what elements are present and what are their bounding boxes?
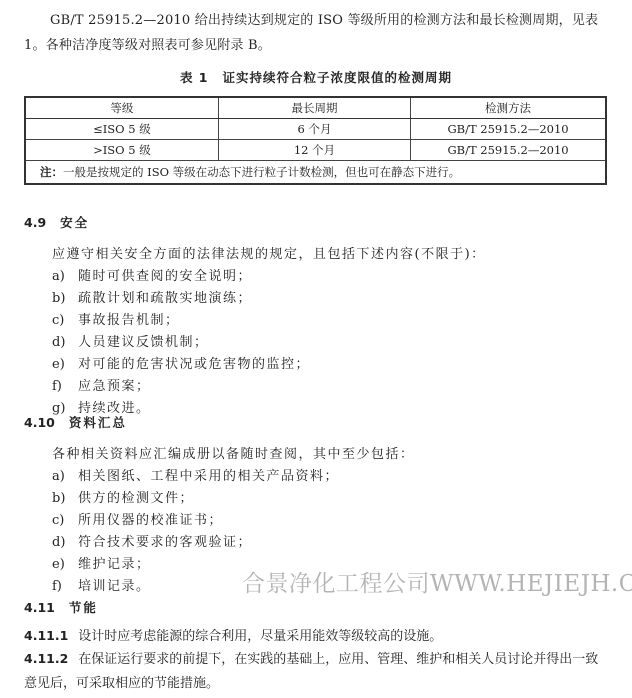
list-item: e)对可能的危害状况或危害物的监控； xyxy=(52,353,310,372)
section-title: 安全 xyxy=(60,215,89,230)
watermark: 合景净化工程公司WWW.HEJIEJH.COM xyxy=(242,565,632,598)
table-note: 注：一般是按规定的 ISO 等级在动态下进行粒子计数检测，但也可在静态下进行。 xyxy=(25,161,606,185)
list-item: c)事故报告机制； xyxy=(52,309,180,328)
table-header-test-method: 检测方法 xyxy=(411,97,606,119)
table-header-grade: 等级 xyxy=(25,97,218,119)
list-item: b)疏散计划和疏散实地演练； xyxy=(52,287,252,306)
table-row: >ISO 5 级 12 个月 GB/T 25915.2—2010 xyxy=(25,140,606,161)
section-title: 节能 xyxy=(69,600,98,615)
section-number: 4.10 xyxy=(24,415,55,430)
list-item: e)维护记录； xyxy=(52,553,151,572)
list-item: f)应急预案； xyxy=(52,375,151,394)
table-note-label: 注： xyxy=(40,165,63,179)
list-item: a)随时可供查阅的安全说明； xyxy=(52,265,252,284)
table-note-row: 注：一般是按规定的 ISO 等级在动态下进行粒子计数检测，但也可在静态下进行。 xyxy=(25,161,606,185)
list-item: f)培训记录。 xyxy=(52,575,151,594)
section-heading-4-11: 4.11节能 xyxy=(24,598,98,616)
inspection-period-table: 等级 最长周期 检测方法 ≤ISO 5 级 6 个月 GB/T 25915.2—… xyxy=(24,96,607,185)
table-cell-period: 6 个月 xyxy=(218,119,410,140)
list-item: d)人员建议反馈机制； xyxy=(52,331,209,350)
list-item: c)所用仪器的校准证书； xyxy=(52,509,223,528)
table-cell-method: GB/T 25915.2—2010 xyxy=(411,140,606,161)
clause-number: 4.11.2 xyxy=(24,651,68,666)
section-number: 4.9 xyxy=(24,215,46,230)
section-heading-4-9: 4.9安全 xyxy=(24,213,89,231)
section-4-10-lead: 各种相关资料应汇编成册以备随时查阅，其中至少包括： xyxy=(52,443,415,462)
clause-4-11-2: 4.11.2在保证运行要求的前提下，在实践的基础上，应用、管理、维护和相关人员讨… xyxy=(24,647,608,696)
table-cell-grade: >ISO 5 级 xyxy=(25,140,218,161)
list-item: b)供方的检测文件； xyxy=(52,487,194,506)
section-number: 4.11 xyxy=(24,600,55,615)
section-heading-4-10: 4.10资料汇总 xyxy=(24,413,127,431)
table-row: ≤ISO 5 级 6 个月 GB/T 25915.2—2010 xyxy=(25,119,606,140)
table-header-row: 等级 最长周期 检测方法 xyxy=(25,97,606,119)
clause-4-11-1: 4.11.1设计时应考虑能源的综合利用，尽量采用能效等级较高的设施。 xyxy=(24,624,608,649)
table-caption: 表 1证实持续符合粒子浓度限值的检测周期 xyxy=(0,68,632,86)
table-cell-period: 12 个月 xyxy=(218,140,410,161)
table-cell-method: GB/T 25915.2—2010 xyxy=(411,119,606,140)
table-cell-grade: ≤ISO 5 级 xyxy=(25,119,218,140)
list-item: a)相关图纸、工程中采用的相关产品资料； xyxy=(52,465,339,484)
table-caption-title: 证实持续符合粒子浓度限值的检测周期 xyxy=(223,70,453,85)
section-title: 资料汇总 xyxy=(69,415,127,430)
document-page: GB/T 25915.2—2010 给出持续达到规定的 ISO 等级所用的检测方… xyxy=(0,0,632,698)
table-header-max-period: 最长周期 xyxy=(218,97,410,119)
table-caption-number: 表 1 xyxy=(180,70,209,85)
table-note-text: 一般是按规定的 ISO 等级在动态下进行粒子计数检测，但也可在静态下进行。 xyxy=(63,165,460,179)
section-4-9-lead: 应遵守相关安全方面的法律法规的规定，且包括下述内容(不限于)： xyxy=(52,243,486,262)
clause-number: 4.11.1 xyxy=(24,628,68,643)
clause-text: 在保证运行要求的前提下，在实践的基础上，应用、管理、维护和相关人员讨论并得出一致… xyxy=(24,652,598,691)
clause-text: 设计时应考虑能源的综合利用，尽量采用能效等级较高的设施。 xyxy=(78,629,442,644)
list-item: d)符合技术要求的客观验证； xyxy=(52,531,252,550)
intro-paragraph: GB/T 25915.2—2010 给出持续达到规定的 ISO 等级所用的检测方… xyxy=(24,8,608,58)
